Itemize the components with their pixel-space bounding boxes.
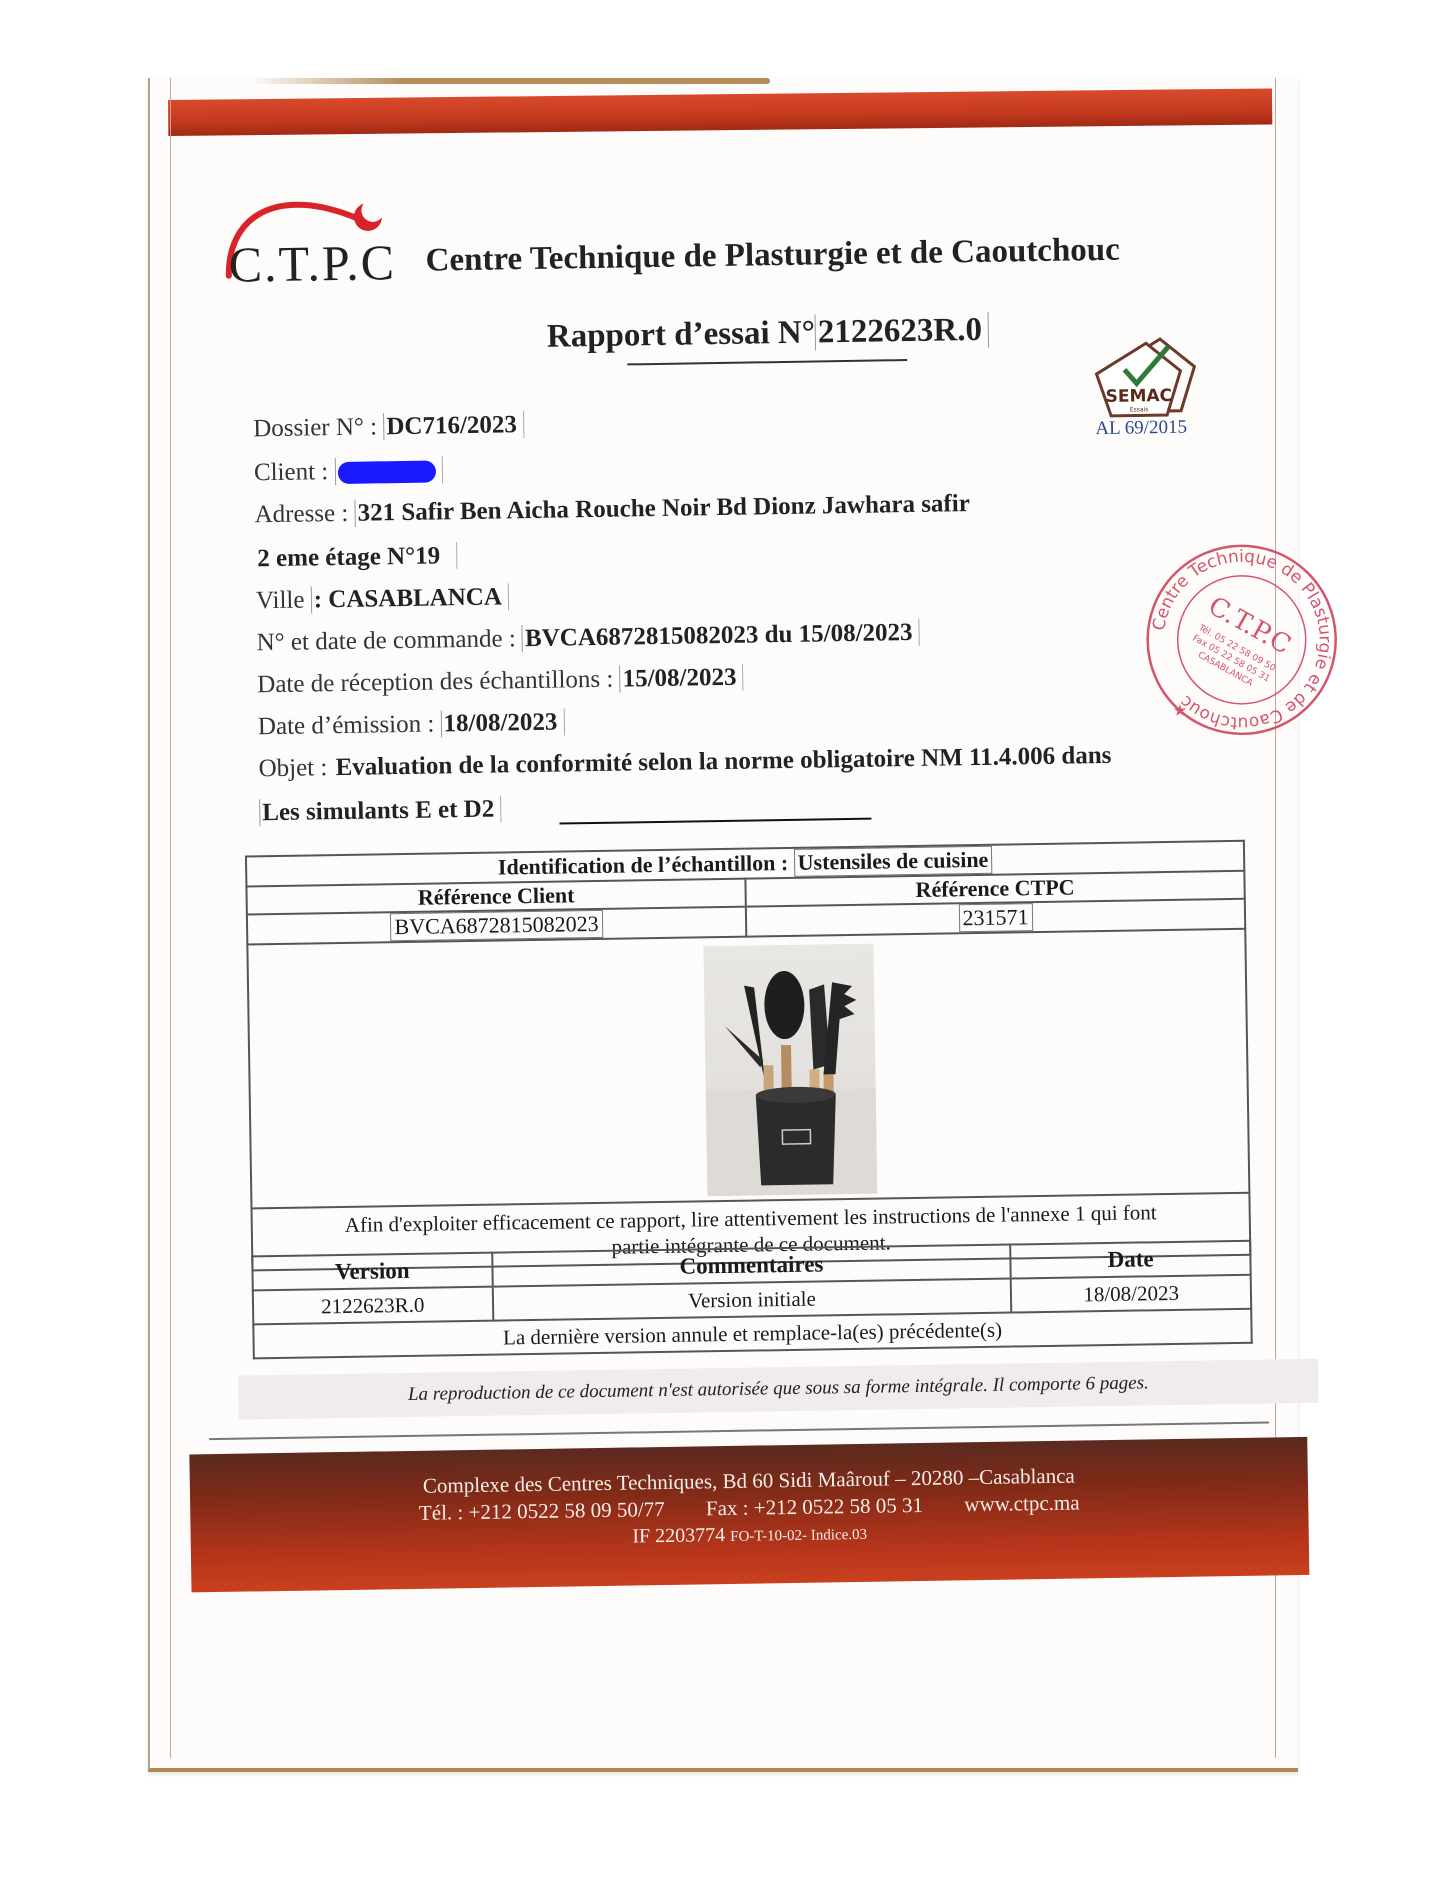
adresse-field: Adresse : 321 Safir Ben Aicha Rouche Noi… bbox=[254, 490, 976, 529]
commande-field: N° et date de commande : BVCA68728150820… bbox=[256, 619, 919, 657]
dossier-field: Dossier N° : DC716/2023 bbox=[253, 411, 524, 443]
date-cell: 18/08/2023 bbox=[1011, 1275, 1251, 1313]
svg-text:SEMAC: SEMAC bbox=[1106, 386, 1173, 407]
page-border: C.T.P.C Centre Technique de Plasturgie e… bbox=[170, 78, 1276, 1758]
footer-tel: Tél. : +212 0522 58 09 50/77 bbox=[419, 1497, 665, 1525]
reproduction-notice: La reproduction de ce document n'est aut… bbox=[238, 1359, 1319, 1420]
reception-date-field: Date de réception des échantillons : 15/… bbox=[257, 664, 744, 700]
identification-value: Ustensiles de cuisine bbox=[793, 846, 992, 877]
version-header: Version bbox=[252, 1253, 492, 1291]
title-underline bbox=[627, 359, 907, 365]
emission-date-value: 18/08/2023 bbox=[440, 708, 564, 737]
reception-date-value: 15/08/2023 bbox=[619, 664, 743, 693]
footer-website[interactable]: www.ctpc.ma bbox=[964, 1490, 1080, 1516]
logo-text: C.T.P.C bbox=[228, 233, 396, 294]
svg-text:★: ★ bbox=[1173, 703, 1188, 720]
accreditation-reference: AL 69/2015 bbox=[1095, 417, 1187, 440]
client-value-redacted bbox=[334, 456, 442, 485]
adresse-value: 321 Safir Ben Aicha Rouche Noir Bd Dionz… bbox=[354, 490, 976, 527]
organization-name: Centre Technique de Plasturgie et de Cao… bbox=[425, 232, 1120, 280]
sample-photo bbox=[703, 944, 877, 1197]
emission-date-field: Date d’émission : 18/08/2023 bbox=[258, 708, 565, 741]
objet-line2: Les simulants E et D2 bbox=[259, 795, 501, 827]
version-history-table: Version Commentaires Date 2122623R.0 Ver… bbox=[251, 1240, 1253, 1360]
dossier-value: DC716/2023 bbox=[383, 411, 524, 440]
footer-form-code: FO-T-10-02- Indice.03 bbox=[730, 1527, 867, 1545]
objet-value: Evaluation de la conformité selon la nor… bbox=[333, 742, 1117, 781]
ctpc-stamp-icon: Centre Technique de Plasturgie et de Cao… bbox=[1140, 538, 1343, 741]
client-field: Client : bbox=[254, 456, 443, 487]
document-page: C.T.P.C Centre Technique de Plasturgie e… bbox=[148, 78, 1298, 1772]
commande-value: BVCA6872815082023 du 15/08/2023 bbox=[522, 619, 920, 652]
footer-fax: Fax : +212 0522 58 05 31 bbox=[706, 1493, 924, 1520]
sample-photo-cell bbox=[247, 929, 1249, 1209]
report-title: Rapport d’essai N°2122623R.0 bbox=[547, 312, 990, 356]
svg-text:Essais: Essais bbox=[1130, 406, 1149, 413]
footer-rule bbox=[209, 1421, 1269, 1440]
footer-band: Complexe des Centres Techniques, Bd 60 S… bbox=[189, 1437, 1309, 1593]
report-number: 2122623R.0 bbox=[815, 312, 990, 351]
version-cell: 2122623R.0 bbox=[253, 1287, 493, 1325]
ville-field: Ville : CASABLANCA bbox=[256, 583, 509, 615]
section-divider bbox=[559, 818, 871, 825]
date-header: Date bbox=[1011, 1241, 1251, 1279]
kitchen-utensils-image-icon bbox=[703, 944, 877, 1197]
sample-identification-table: Identification de l’échantillon : Ustens… bbox=[245, 840, 1251, 1272]
footer-if-number: IF 2203774 bbox=[632, 1524, 725, 1547]
adresse-line2: 2 eme étage N°19 bbox=[255, 542, 457, 573]
ville-value: : CASABLANCA bbox=[310, 583, 509, 613]
objet-field: Objet : Evaluation de la conformité selo… bbox=[258, 742, 1117, 783]
